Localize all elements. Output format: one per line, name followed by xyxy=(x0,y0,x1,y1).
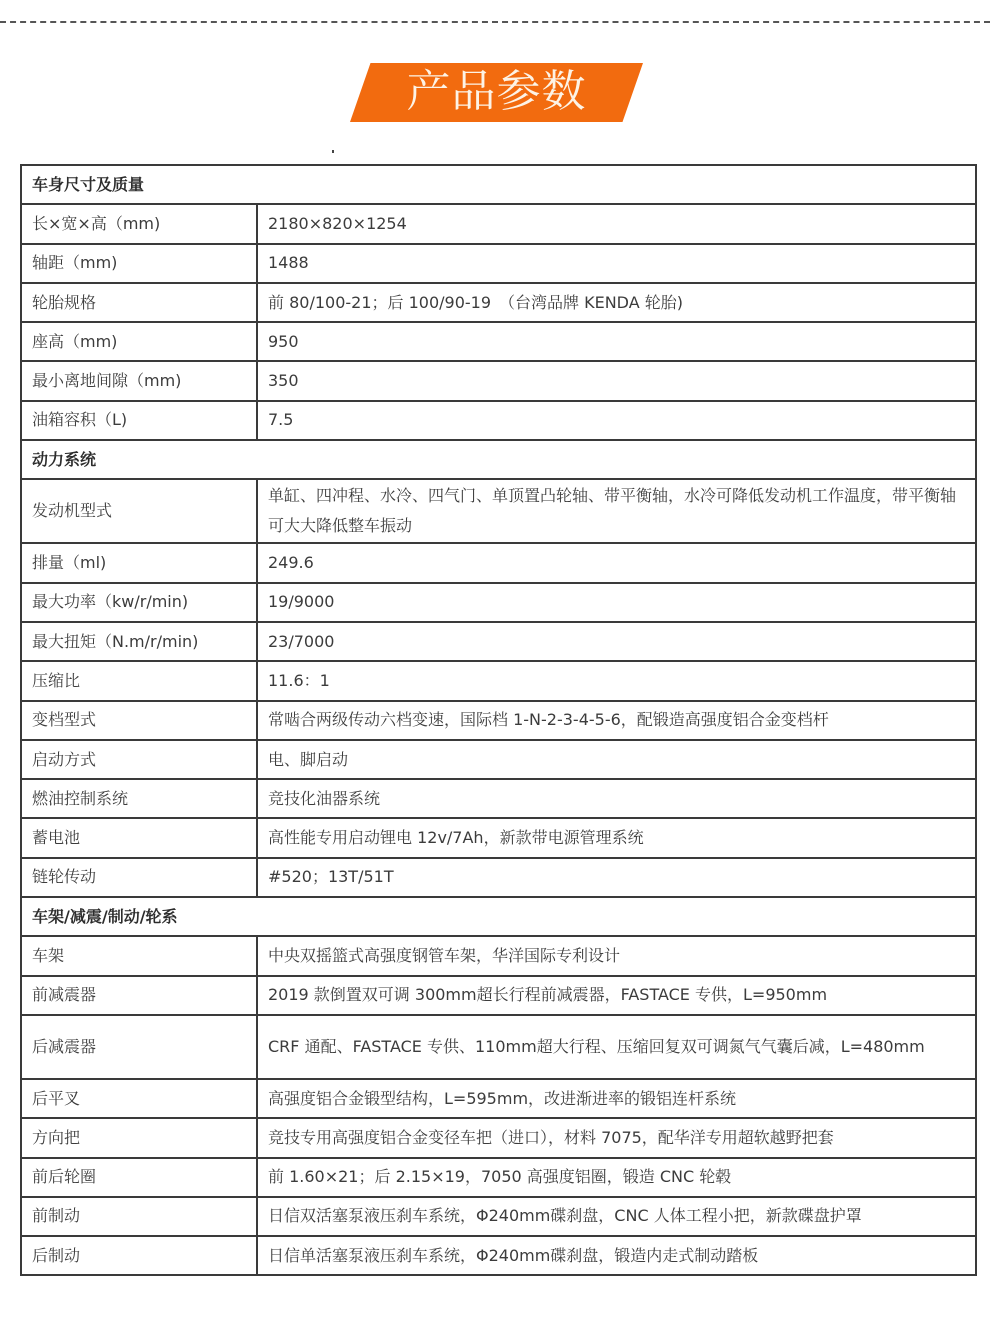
table-row: 油箱容积（L) 7.5 xyxy=(21,401,976,440)
spec-label: 后制动 xyxy=(21,1236,257,1275)
spec-value: 高性能专用启动锂电 12v/7Ah，新款带电源管理系统 xyxy=(257,818,976,857)
table-row: 后减震器 CRF 通配、FASTACE 专供、110mm超大行程、压缩回复双可调… xyxy=(21,1015,976,1079)
table-row: 前后轮圈 前 1.60×21；后 2.15×19，7050 高强度铝圈，锻造 C… xyxy=(21,1158,976,1197)
dashed-divider xyxy=(0,21,990,23)
spec-value: 常啮合两级传动六档变速，国际档 1-N-2-3-4-5-6，配锻造高强度铝合金变… xyxy=(257,701,976,740)
table-row: 启动方式 电、脚启动 xyxy=(21,740,976,779)
spec-label: 油箱容积（L) xyxy=(21,401,257,440)
table-row: 前减震器 2019 款倒置双可调 300mm超长行程前减震器，FASTACE 专… xyxy=(21,976,976,1015)
table-row: 方向把 竞技专用高强度铝合金变径车把（进口），材料 7075，配华洋专用超软越野… xyxy=(21,1118,976,1157)
spec-label: 蓄电池 xyxy=(21,818,257,857)
spec-value: 350 xyxy=(257,361,976,400)
spec-value: 日信双活塞泵液压刹车系统，Φ240mm碟刹盘，CNC 人体工程小把，新款碟盘护罩 xyxy=(257,1197,976,1236)
table-row: 压缩比 11.6：1 xyxy=(21,661,976,700)
spec-label: 启动方式 xyxy=(21,740,257,779)
table-row: 燃油控制系统 竞技化油器系统 xyxy=(21,779,976,818)
spec-label: 长×宽×高（mm) xyxy=(21,204,257,243)
spec-label: 轴距（mm) xyxy=(21,244,257,283)
section-title: 动力系统 xyxy=(21,440,976,479)
spec-label: 方向把 xyxy=(21,1118,257,1157)
spec-value: 单缸、四冲程、水冷、四气门、单顶置凸轮轴、带平衡轴，水冷可降低发动机工作温度，带… xyxy=(257,479,976,543)
spec-label: 轮胎规格 xyxy=(21,283,257,322)
section-title: 车身尺寸及质量 xyxy=(21,165,976,204)
spec-value: 竞技专用高强度铝合金变径车把（进口），材料 7075，配华洋专用超软越野把套 xyxy=(257,1118,976,1157)
table-row: 发动机型式 单缸、四冲程、水冷、四气门、单顶置凸轮轴、带平衡轴，水冷可降低发动机… xyxy=(21,479,976,543)
table-row: 后平叉 高强度铝合金锻型结构，L=595mm，改进渐进率的锻铝连杆系统 xyxy=(21,1079,976,1118)
banner-title: 产品参数 xyxy=(350,67,643,117)
spec-label: 座高（mm) xyxy=(21,322,257,361)
spec-value: 950 xyxy=(257,322,976,361)
spec-value: 7.5 xyxy=(257,401,976,440)
table-row: 最大扭矩（N.m/r/min) 23/7000 xyxy=(21,622,976,661)
section-header: 车架/减震/制动/轮系 xyxy=(21,897,976,936)
spec-value: 前 80/100-21；后 100/90-19 （台湾品牌 KENDA 轮胎) xyxy=(257,283,976,322)
spec-label: 变档型式 xyxy=(21,701,257,740)
spec-label: 排量（ml) xyxy=(21,543,257,582)
spec-label: 燃油控制系统 xyxy=(21,779,257,818)
table-row: 座高（mm) 950 xyxy=(21,322,976,361)
spec-label: 前后轮圈 xyxy=(21,1158,257,1197)
spec-value: 高强度铝合金锻型结构，L=595mm，改进渐进率的锻铝连杆系统 xyxy=(257,1079,976,1118)
spec-value: 1488 xyxy=(257,244,976,283)
spec-label: 最大功率（kw/r/min) xyxy=(21,583,257,622)
table-row: 排量（ml) 249.6 xyxy=(21,543,976,582)
spec-value: 前 1.60×21；后 2.15×19，7050 高强度铝圈，锻造 CNC 轮毂 xyxy=(257,1158,976,1197)
spec-value: 19/9000 xyxy=(257,583,976,622)
spec-label: 最小离地间隙（mm) xyxy=(21,361,257,400)
table-row: 蓄电池 高性能专用启动锂电 12v/7Ah，新款带电源管理系统 xyxy=(21,818,976,857)
table-row: 车架 中央双摇篮式高强度钢管车架，华洋国际专利设计 xyxy=(21,936,976,975)
spec-value: 电、脚启动 xyxy=(257,740,976,779)
spec-value: #520；13T/51T xyxy=(257,858,976,897)
spec-value: 竞技化油器系统 xyxy=(257,779,976,818)
section-title: 车架/减震/制动/轮系 xyxy=(21,897,976,936)
spec-value: CRF 通配、FASTACE 专供、110mm超大行程、压缩回复双可调氮气气囊后… xyxy=(257,1015,976,1079)
section-header: 车身尺寸及质量 xyxy=(21,165,976,204)
spec-label: 后减震器 xyxy=(21,1015,257,1079)
spec-label: 前减震器 xyxy=(21,976,257,1015)
table-row: 链轮传动 #520；13T/51T xyxy=(21,858,976,897)
spec-value: 2180×820×1254 xyxy=(257,204,976,243)
table-row: 最大功率（kw/r/min) 19/9000 xyxy=(21,583,976,622)
spec-value: 日信单活塞泵液压刹车系统，Φ240mm碟刹盘，锻造内走式制动踏板 xyxy=(257,1236,976,1275)
spec-value: 23/7000 xyxy=(257,622,976,661)
spec-label: 后平叉 xyxy=(21,1079,257,1118)
table-row: 最小离地间隙（mm) 350 xyxy=(21,361,976,400)
section-header: 动力系统 xyxy=(21,440,976,479)
spec-label: 发动机型式 xyxy=(21,479,257,543)
spec-label: 车架 xyxy=(21,936,257,975)
spec-value: 中央双摇篮式高强度钢管车架，华洋国际专利设计 xyxy=(257,936,976,975)
spec-label: 前制动 xyxy=(21,1197,257,1236)
spec-label: 最大扭矩（N.m/r/min) xyxy=(21,622,257,661)
spec-value: 11.6：1 xyxy=(257,661,976,700)
spec-table: 车身尺寸及质量 长×宽×高（mm) 2180×820×1254 轴距（mm) 1… xyxy=(20,164,977,1276)
table-row: 轴距（mm) 1488 xyxy=(21,244,976,283)
section-banner: 产品参数 xyxy=(350,63,643,122)
spec-label: 链轮传动 xyxy=(21,858,257,897)
spec-value: 249.6 xyxy=(257,543,976,582)
table-row: 长×宽×高（mm) 2180×820×1254 xyxy=(21,204,976,243)
table-row: 后制动 日信单活塞泵液压刹车系统，Φ240mm碟刹盘，锻造内走式制动踏板 xyxy=(21,1236,976,1275)
table-row: 前制动 日信双活塞泵液压刹车系统，Φ240mm碟刹盘，CNC 人体工程小把，新款… xyxy=(21,1197,976,1236)
spec-label: 压缩比 xyxy=(21,661,257,700)
table-row: 变档型式 常啮合两级传动六档变速，国际档 1-N-2-3-4-5-6，配锻造高强… xyxy=(21,701,976,740)
spec-value: 2019 款倒置双可调 300mm超长行程前减震器，FASTACE 专供，L=9… xyxy=(257,976,976,1015)
table-row: 轮胎规格 前 80/100-21；后 100/90-19 （台湾品牌 KENDA… xyxy=(21,283,976,322)
stray-mark xyxy=(332,150,334,153)
